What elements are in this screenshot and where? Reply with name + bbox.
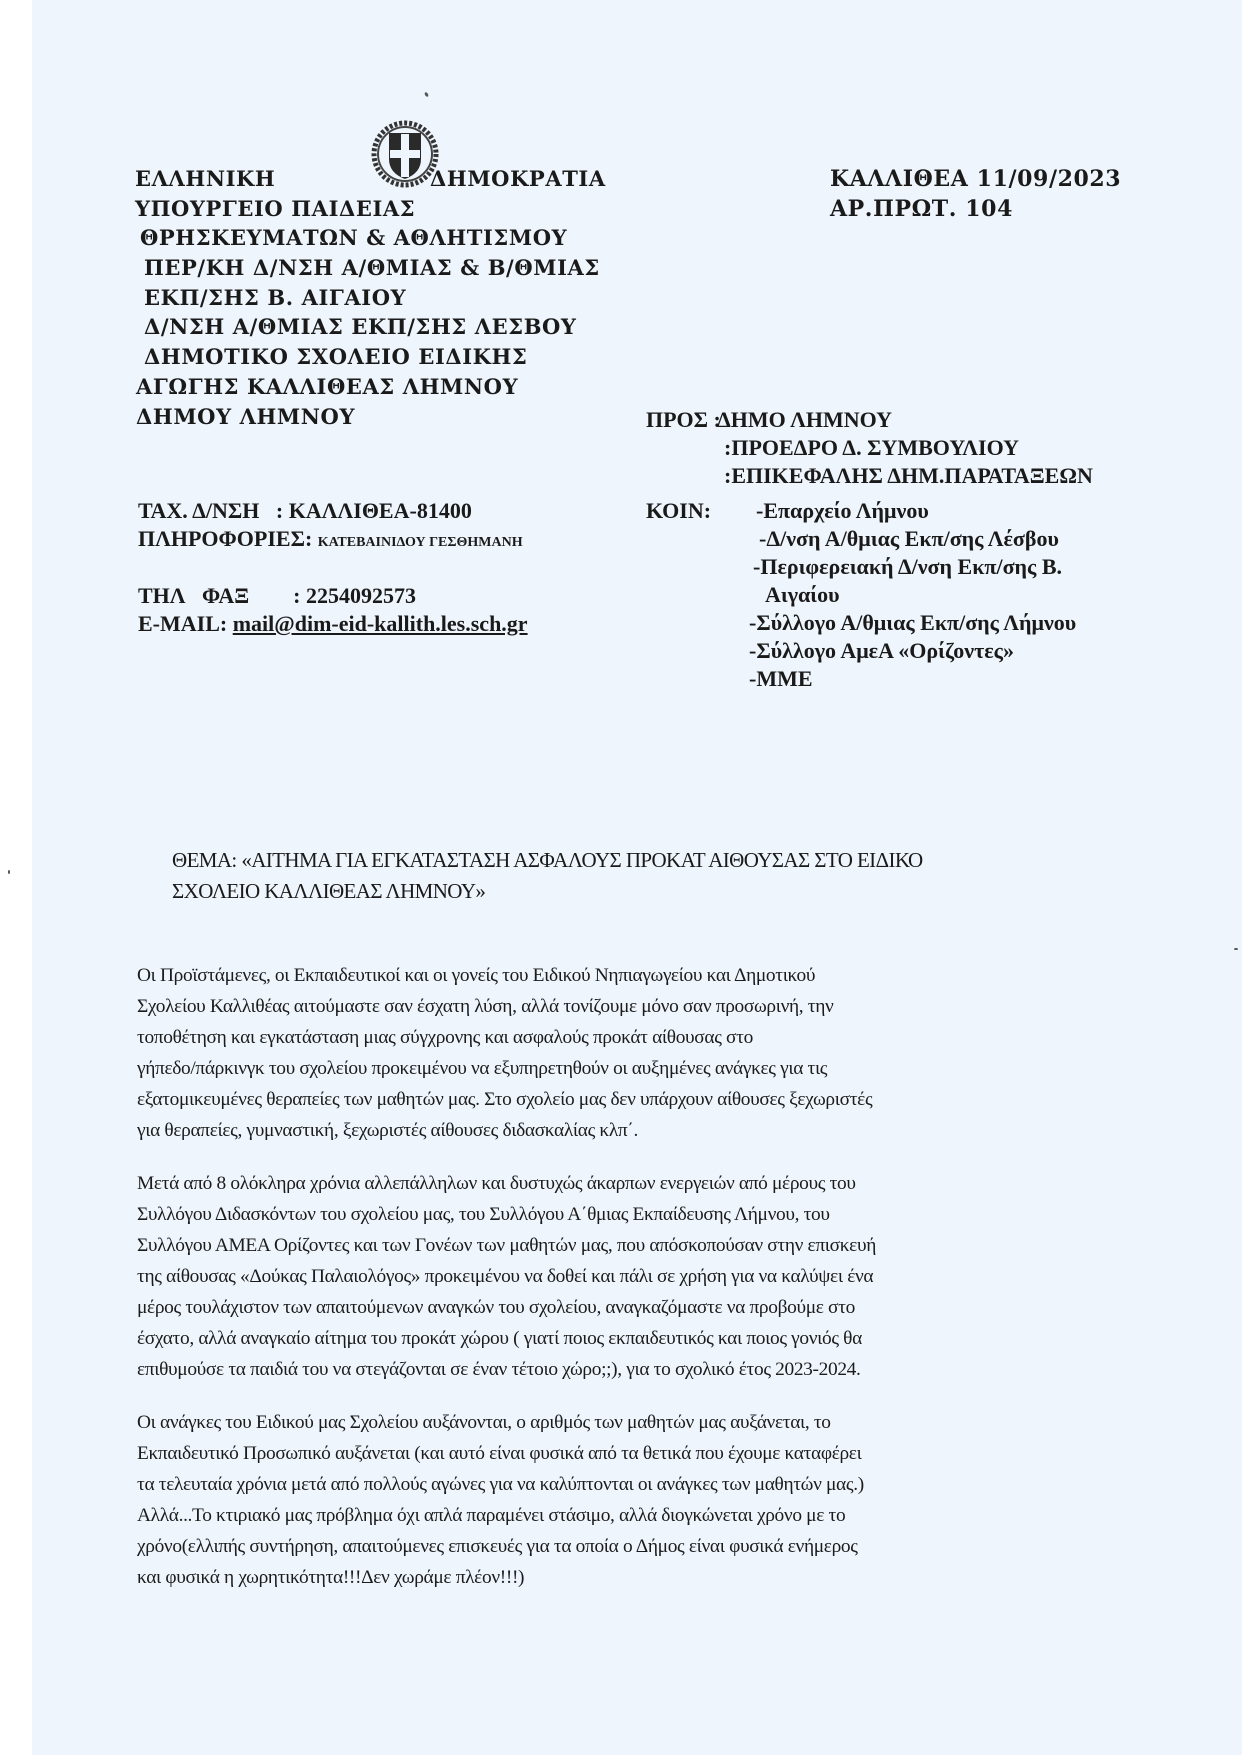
phone-value: 2254092573: [306, 583, 416, 608]
letterhead-school-2: ΑΓΩΓΗΣ ΚΑΛΛΙΘΕΑΣ ΛΗΜΝΟΥ: [136, 372, 518, 402]
paragraph-line: Οι Προϊστάμενες, οι Εκπαιδευτικοί και οι…: [137, 960, 872, 991]
cc-recipient: -Σύλλογο Α/θμιας Εκπ/σης Λήμνου: [749, 609, 1076, 638]
cc-recipient: -Περιφερειακή Δ/νση Εκπ/σης Β.: [753, 553, 1062, 582]
paragraph-line: τοποθέτηση και εγκατάσταση μιας σύγχρονη…: [137, 1022, 872, 1053]
paragraph-line: Συλλόγου Διδασκόντων του σχολείου μας, τ…: [137, 1199, 876, 1230]
paragraph-line: Αλλά...Το κτιριακό μας πρόβλημα όχι απλά…: [137, 1500, 864, 1531]
paragraph-line: Συλλόγου ΑΜΕΑ Ορίζοντες και των Γονέων τ…: [137, 1230, 876, 1261]
address-label: ΤΑΧ. Δ/ΝΣΗ :: [138, 498, 289, 523]
to-recipient: :ΕΠΙΚΕΦΑΛΗΣ ΔΗΜ.ΠΑΡΑΤΑΞΕΩΝ: [724, 462, 1093, 491]
letterhead-regional-directorate: ΠΕΡ/ΚΗ Δ/ΝΣΗ Α/ΘΜΙΑΣ & Β/ΘΜΙΑΣ: [144, 253, 600, 283]
to-label: ΠΡΟΣ :: [646, 406, 721, 435]
letterhead-region: ΕΚΠ/ΣΗΣ Β. ΑΙΓΑΙΟΥ: [144, 283, 406, 313]
phone-label: ΤΗΛ ΦΑΞ :: [138, 583, 306, 608]
paragraph-line: τα τελευταία χρόνια μετά από πολλούς αγώ…: [137, 1469, 864, 1500]
place-date: ΚΑΛΛΙΘΕΑ 11/09/2023: [830, 164, 1121, 194]
info-row: ΠΛΗΡΟΦΟΡΙΕΣ: ΚΑΤΕΒΑΙΝΙΔΟΥ ΓΕΣΘΗΜΑΝΗ: [138, 525, 523, 558]
letterhead-line-1-right: ΔΗΜΟΚΡΑΤΙΑ: [430, 164, 606, 194]
letterhead-municipality: ΔΗΜΟΥ ΛΗΜΝΟΥ: [136, 402, 355, 432]
paragraph-line: χρόνο(ελλιπής συντήρηση, απαιτούμενες επ…: [137, 1531, 864, 1562]
to-recipient: ΔΗΜΟ ΛΗΜΝΟΥ: [717, 406, 892, 435]
email-label: E-MAIL:: [138, 611, 233, 636]
paragraph-line: μέρος τουλάχιστον των απαιτούμενων αναγκ…: [137, 1292, 876, 1323]
paragraph-line: επιθυμούσε τα παιδιά του να στεγάζονται …: [137, 1354, 876, 1385]
subject: ΘΕΜΑ: «ΑΙΤΗΜΑ ΓΙΑ ΕΓΚΑΤΑΣΤΑΣΗ ΑΣΦΑΛΟΥΣ Π…: [172, 845, 923, 907]
subject-line: ΘΕΜΑ: «ΑΙΤΗΜΑ ΓΙΑ ΕΓΚΑΤΑΣΤΑΣΗ ΑΣΦΑΛΟΥΣ Π…: [172, 845, 923, 876]
paragraph-line: Οι ανάγκες του Ειδικού μας Σχολείου αυξά…: [137, 1407, 864, 1438]
address-row: ΤΑΧ. Δ/ΝΣΗ : ΚΑΛΛΙΘΕΑ-81400: [138, 497, 472, 526]
protocol-number: ΑΡ.ΠΡΩΤ. 104: [830, 194, 1013, 224]
cc-recipient: Αιγαίου: [765, 581, 840, 610]
letterhead-ministry-2: ΘΡΗΣΚΕΥΜΑΤΩΝ & ΑΘΛΗΤΙΣΜΟΥ: [140, 223, 567, 253]
paragraph-3: Οι ανάγκες του Ειδικού μας Σχολείου αυξά…: [137, 1407, 864, 1593]
paragraph-2: Μετά από 8 ολόκληρα χρόνια αλλεπάλληλων …: [137, 1168, 876, 1385]
email-link[interactable]: mail@dim-eid-kallith.les.sch.gr: [233, 611, 528, 636]
letterhead-directorate: Δ/ΝΣΗ Α/ΘΜΙΑΣ ΕΚΠ/ΣΗΣ ΛΕΣΒΟΥ: [144, 312, 577, 342]
cc-recipient: -Σύλλογο ΑμεΑ «Ορίζοντες»: [749, 637, 1014, 666]
paragraph-line: Σχολείου Καλλιθέας αιτούμαστε σαν έσχατη…: [137, 991, 872, 1022]
paragraph-line: Εκπαιδευτικό Προσωπικό αυξάνεται (και αυ…: [137, 1438, 864, 1469]
cc-recipient: -Επαρχείο Λήμνου: [756, 497, 929, 526]
paragraph-line: έσχατο, αλλά αναγκαίο αίτημα του προκάτ …: [137, 1323, 876, 1354]
subject-line: ΣΧΟΛΕΙΟ ΚΑΛΛΙΘΕΑΣ ΛΗΜΝΟΥ»: [172, 876, 923, 907]
paragraph-line: και φυσικά η χωρητικότητα!!!Δεν χωράμε π…: [137, 1562, 864, 1593]
cc-label: ΚΟΙΝ:: [646, 497, 711, 526]
email-row: E-MAIL: mail@dim-eid-kallith.les.sch.gr: [138, 610, 528, 639]
info-value: ΚΑΤΕΒΑΙΝΙΔΟΥ ΓΕΣΘΗΜΑΝΗ: [318, 535, 523, 550]
letter-page: ΕΛΛΗΝΙΚΗ ΔΗΜΟΚΡΑΤΙΑ ΥΠΟΥΡΓΕΙΟ ΠΑΙΔΕΙΑΣ Θ…: [32, 0, 1242, 1755]
cc-recipient: -Δ/νση Α/θμιας Εκπ/σης Λέσβου: [759, 525, 1059, 554]
info-label: ΠΛΗΡΟΦΟΡΙΕΣ:: [138, 526, 318, 551]
to-recipient: :ΠΡΟΕΔΡΟ Δ. ΣΥΜΒΟΥΛΙΟΥ: [724, 434, 1019, 463]
paragraph-1: Οι Προϊστάμενες, οι Εκπαιδευτικοί και οι…: [137, 960, 872, 1146]
paragraph-line: της αίθουσας «Δούκας Παλαιολόγος» προκει…: [137, 1261, 876, 1292]
letterhead-school: ΔΗΜΟΤΙΚΟ ΣΧΟΛΕΙΟ ΕΙΔΙΚΗΣ: [144, 342, 527, 372]
cc-recipient: -ΜΜΕ: [749, 665, 813, 694]
greek-coat-of-arms-icon: [371, 117, 439, 191]
letterhead-line-1-left: ΕΛΛΗΝΙΚΗ: [135, 164, 275, 194]
paragraph-line: γήπεδο/πάρκινγκ του σχολείου προκειμένου…: [137, 1053, 872, 1084]
phone-row: ΤΗΛ ΦΑΞ : 2254092573: [138, 582, 416, 611]
paragraph-line: για θεραπείες, γυμναστική, ξεχωριστές αί…: [137, 1115, 872, 1146]
paragraph-line: εξατομικευμένες θεραπείες των μαθητών μα…: [137, 1084, 872, 1115]
letterhead-ministry: ΥΠΟΥΡΓΕΙΟ ΠΑΙΔΕΙΑΣ: [135, 194, 415, 224]
paragraph-line: Μετά από 8 ολόκληρα χρόνια αλλεπάλληλων …: [137, 1168, 876, 1199]
address-value: ΚΑΛΛΙΘΕΑ-81400: [289, 498, 472, 523]
